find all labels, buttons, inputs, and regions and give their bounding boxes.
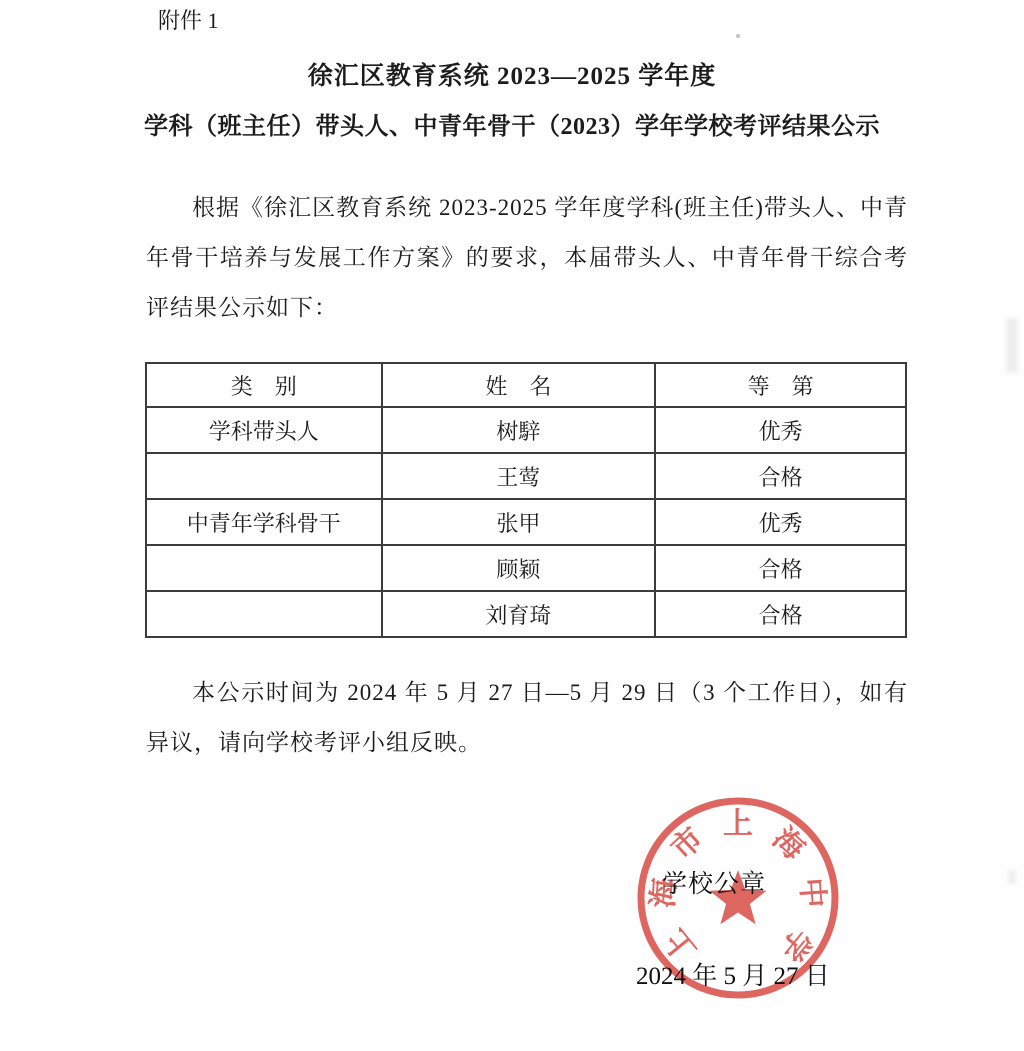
document-date: 2024 年 5 月 27 日 bbox=[636, 956, 830, 992]
cell-name: 树騂 bbox=[382, 407, 656, 453]
header-name: 姓 名 bbox=[382, 363, 656, 407]
cell-grade: 优秀 bbox=[655, 499, 906, 545]
intro-paragraph: 根据《徐汇区教育系统 2023-2025 学年度学科(班主任)带头人、中青年骨干… bbox=[146, 183, 908, 333]
table-row: 中青年学科骨干 张甲 优秀 bbox=[146, 499, 906, 545]
cell-category: 学科带头人 bbox=[146, 407, 382, 453]
cell-name: 顾颖 bbox=[382, 545, 656, 591]
table-row: 学科带头人 树騂 优秀 bbox=[146, 407, 906, 453]
cell-name: 刘育琦 bbox=[382, 591, 656, 637]
table-row: 顾颖 合格 bbox=[146, 545, 906, 591]
cell-category bbox=[146, 591, 382, 637]
scan-speck bbox=[736, 34, 740, 38]
header-grade: 等 第 bbox=[655, 363, 906, 407]
cell-category bbox=[146, 545, 382, 591]
cell-category bbox=[146, 453, 382, 499]
cell-category: 中青年学科骨干 bbox=[146, 499, 382, 545]
cell-grade: 合格 bbox=[655, 453, 906, 499]
seal-ring-char: 中 bbox=[794, 877, 829, 909]
table-header-row: 类 别 姓 名 等 第 bbox=[146, 363, 906, 407]
table-row: 王莺 合格 bbox=[146, 453, 906, 499]
results-table: 类 别 姓 名 等 第 学科带头人 树騂 优秀 王莺 合格 中青年学科骨干 张甲… bbox=[145, 362, 907, 638]
table-row: 刘育琦 合格 bbox=[146, 591, 906, 637]
document-page: 附件 1 徐汇区教育系统 2023—2025 学年度 学科（班主任）带头人、中青… bbox=[0, 0, 1024, 1051]
cell-grade: 合格 bbox=[655, 591, 906, 637]
cell-name: 张甲 bbox=[382, 499, 656, 545]
header-category: 类 别 bbox=[146, 363, 382, 407]
attachment-label: 附件 1 bbox=[158, 4, 219, 35]
cell-grade: 优秀 bbox=[655, 407, 906, 453]
scan-edge-artifact bbox=[1006, 318, 1018, 373]
scan-edge-artifact bbox=[1008, 870, 1016, 884]
closing-paragraph: 本公示时间为 2024 年 5 月 27 日—5 月 29 日（3 个工作日），… bbox=[146, 668, 908, 768]
cell-grade: 合格 bbox=[655, 545, 906, 591]
document-title-line1: 徐汇区教育系统 2023—2025 学年度 bbox=[0, 56, 1024, 92]
cell-name: 王莺 bbox=[382, 453, 656, 499]
seal-label: 学校公章 bbox=[662, 864, 766, 900]
seal-ring-char: 上 bbox=[723, 808, 753, 841]
document-title-line2: 学科（班主任）带头人、中青年骨干（2023）学年学校考评结果公示 bbox=[0, 106, 1024, 141]
